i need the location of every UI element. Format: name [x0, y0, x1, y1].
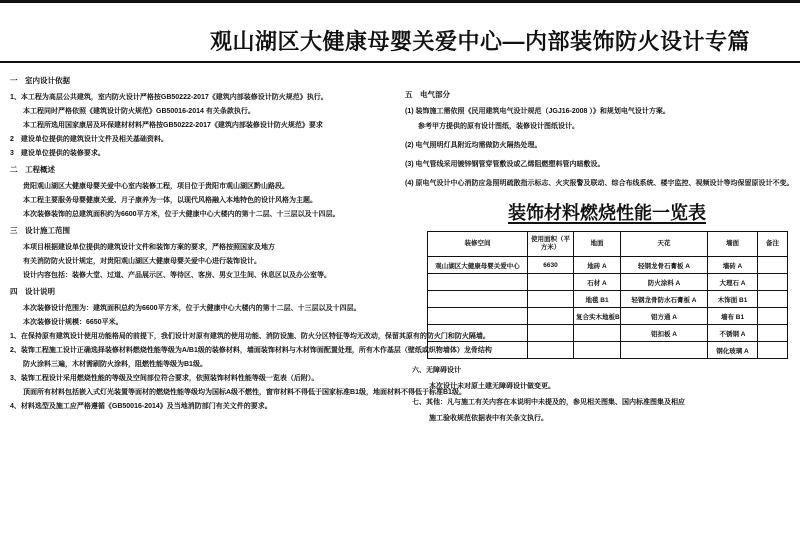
- table-cell: [428, 291, 528, 308]
- table-header-cell-floor: 地面: [574, 232, 621, 257]
- table-cell: [574, 325, 621, 342]
- table-cell: 铝扣板 A: [621, 325, 708, 342]
- table-cell: [528, 342, 574, 359]
- table-cell: [758, 342, 788, 359]
- table-header-cell-area: 使用面积（平方米）: [528, 232, 574, 257]
- spec-line: 施工验收规范依据表中有关条文执行。: [429, 413, 797, 423]
- table-cell: [428, 342, 528, 359]
- table-cell: 墙砖 A: [708, 257, 758, 274]
- table-cell: [528, 325, 574, 342]
- table-cell: 大理石 A: [708, 274, 758, 291]
- table-cell: [758, 325, 788, 342]
- table-cell: [428, 325, 528, 342]
- table-cell: 不锈钢 A: [708, 325, 758, 342]
- table-header-cell-remarks: 备注: [758, 232, 788, 257]
- table-cell: 木饰面 B1: [708, 291, 758, 308]
- table-header-cell-wall: 墙面: [708, 232, 758, 257]
- table-row: 石材 A 防火涂料 A 大理石 A: [428, 274, 788, 291]
- table-cell: 防火涂料 A: [621, 274, 708, 291]
- section-heading-accessibility: 六、无障碍设计: [412, 365, 797, 375]
- table-cell: 6630: [528, 257, 574, 274]
- table-header-cell-space: 装修空间: [428, 232, 528, 257]
- materials-table-title: 装饰材料燃烧性能一览表: [427, 199, 787, 225]
- table-cell: [528, 308, 574, 325]
- table-header-row: 装修空间 使用面积（平方米） 地面 天花 墙面 备注: [428, 232, 788, 257]
- table-cell: 观山湖区大健康母婴关爱中心: [428, 257, 528, 274]
- table-cell: [621, 342, 708, 359]
- spec-line: (3) 电气管线采用镀锌钢管穿管敷设或乙烯阻燃塑料管内暗敷设。: [405, 161, 797, 169]
- table-cell: 复合实木地板B1: [574, 308, 621, 325]
- table-cell: 轻钢龙骨石膏板 A: [621, 257, 708, 274]
- table-cell: [758, 291, 788, 308]
- title-divider-line: [0, 61, 800, 63]
- table-row: 观山湖区大健康母婴关爱中心 6630 地砖 A 轻钢龙骨石膏板 A 墙砖 A: [428, 257, 788, 274]
- spec-line: (4) 原电气设计中心消防应急照明疏散指示标志、火灾报警及联动、综合布线系统、楼…: [405, 180, 797, 188]
- table-cell: 墙布 B1: [708, 308, 758, 325]
- table-cell: [758, 257, 788, 274]
- table-row: 钢化玻璃 A: [428, 342, 788, 359]
- section-heading-others: 七、其他：凡与施工有关内容在本说明中未提及的，参见相关图集、国内标准图集及相应: [412, 397, 797, 407]
- table-row: 地毯 B1 轻钢龙骨防水石膏板 A 木饰面 B1: [428, 291, 788, 308]
- table-cell: [428, 274, 528, 291]
- post-table-sections: 六、无障碍设计 本次设计未对原土建无障碍设计做变更。 七、其他：凡与施工有关内容…: [405, 365, 797, 423]
- table-row: 复合实木地板B1 铝方通 A 墙布 B1: [428, 308, 788, 325]
- table-cell: [528, 274, 574, 291]
- table-cell: 轻钢龙骨防水石膏板 A: [621, 291, 708, 308]
- page-title: 观山湖区大健康母婴关爱中心—内部装饰防火设计专篇: [160, 25, 800, 56]
- drawing-sheet: 观山湖区大健康母婴关爱中心—内部装饰防火设计专篇 一 室内设计依据 1、本工程为…: [0, 0, 800, 541]
- table-cell: [528, 291, 574, 308]
- table-cell: [574, 342, 621, 359]
- spec-line: 参考甲方提供的原有设计图纸，装修设计图纸设计。: [418, 123, 797, 131]
- top-border-bar: [0, 0, 800, 3]
- table-header-cell-ceiling: 天花: [621, 232, 708, 257]
- right-column: 五 电气部分 (1) 装饰施工需依照《民用建筑电气设计规范（JGJ16-2008…: [405, 84, 797, 429]
- table-cell: 石材 A: [574, 274, 621, 291]
- table-row: 铝扣板 A 不锈钢 A: [428, 325, 788, 342]
- spec-line: (2) 电气照明灯具附近均需做防火隔热处理。: [405, 142, 797, 150]
- table-cell: [758, 308, 788, 325]
- table-cell: [428, 308, 528, 325]
- table-cell: 地毯 B1: [574, 291, 621, 308]
- spec-line: (1) 装饰施工需依照《民用建筑电气设计规范（JGJ16-2008 ）》和规划电…: [405, 108, 797, 116]
- spec-line: 本次设计未对原土建无障碍设计做变更。: [429, 381, 797, 391]
- table-cell: 地砖 A: [574, 257, 621, 274]
- table-cell: 钢化玻璃 A: [708, 342, 758, 359]
- table-cell: [758, 274, 788, 291]
- section-heading-electrical: 五 电气部分: [405, 89, 797, 100]
- table-cell: 铝方通 A: [621, 308, 708, 325]
- materials-table: 装修空间 使用面积（平方米） 地面 天花 墙面 备注 观山湖区大健康母婴关爱中心…: [427, 231, 788, 359]
